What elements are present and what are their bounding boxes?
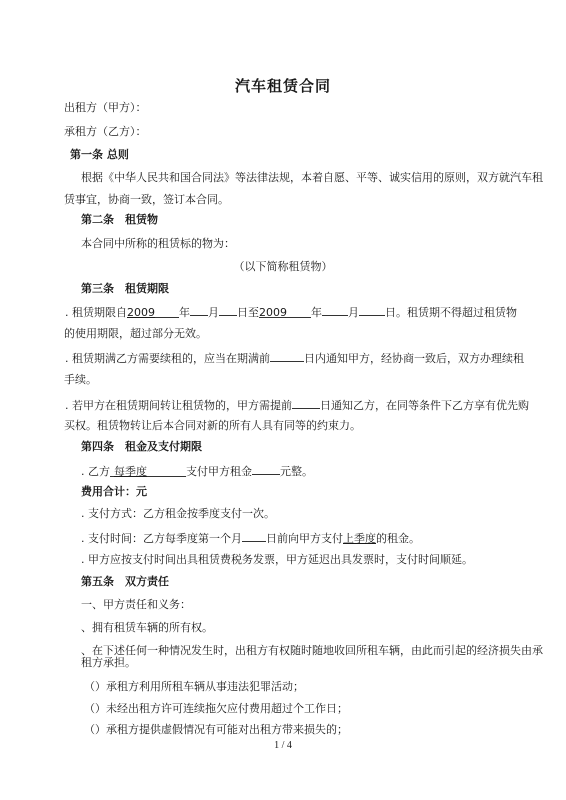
article2-heading: 第二条 租赁物 <box>81 213 158 227</box>
article2-note: （以下简称租赁物） <box>0 260 566 274</box>
article5-item2-line2: 租方承担。 <box>81 656 136 670</box>
item-text: . 租赁期满乙方需要续租的，应当在期满前 <box>65 352 270 365</box>
start-year-field[interactable]: 2009 <box>127 306 179 318</box>
start-day-field[interactable] <box>219 304 237 316</box>
lessee-label: 承租方（乙方）： <box>64 125 147 139</box>
item-text: 日。 <box>385 306 407 319</box>
item-text: 日内通知甲方，经协商一致后，双方办理续租 <box>304 352 524 365</box>
item-text: 年 <box>179 306 190 319</box>
item-text: 元整。 <box>280 465 313 478</box>
item-text: 日前向甲方支付 <box>266 532 343 545</box>
end-month-field[interactable] <box>322 304 348 316</box>
underlined-term: 上季度 <box>343 532 376 545</box>
article5-case: （）承租方提供虚假情况有可能对出租方带来损失的； <box>84 723 348 737</box>
item-text: 日通知乙方，在同等条件下乙方享有优先购 <box>320 399 529 412</box>
rent-amount-field[interactable] <box>252 463 280 475</box>
start-month-field[interactable] <box>190 304 208 316</box>
payment-day-field[interactable] <box>242 530 266 542</box>
article3-item1: . 租赁期限自2009年月日至2009年月日。租赁期不得超过租赁物 <box>65 304 517 320</box>
item-text: . 支付时间：乙方每季度第一个月 <box>81 532 242 545</box>
renewal-days-field[interactable] <box>270 350 304 362</box>
item-text: 月 <box>208 306 219 319</box>
item-text: 月 <box>348 306 359 319</box>
lessor-label: 出租方（甲方）： <box>64 101 147 115</box>
article5-case: （）未经出租方许可连续拖欠应付费用超过个工作日； <box>84 702 348 716</box>
article4-heading: 第四条 租金及支付期限 <box>81 440 202 454</box>
end-day-field[interactable] <box>359 304 385 316</box>
article5-sub1: 一、甲方责任和义务： <box>81 598 191 612</box>
transfer-notice-days-field[interactable] <box>292 397 320 409</box>
item-text: 年 <box>311 306 322 319</box>
article3-item1-line2: 的使用期限，超过部分无效。 <box>64 327 207 341</box>
payment-period-field[interactable]: 每季度 <box>110 465 186 477</box>
article1-paragraph-line2: 赁事宜，协商一致，签订本合同。 <box>64 193 229 207</box>
article3-item3-line2: 买权。租赁物转让后本合同对新的所有人具有同等的约束力。 <box>64 419 361 433</box>
article1-paragraph-line1: 根据《中华人民共和国合同法》等法律法规，本着自愿、平等、诚实信用的原则，双方就汽… <box>81 171 543 185</box>
article1-heading: 第一条 总则 <box>70 148 129 162</box>
article3-item2-line2: 手续。 <box>64 373 97 387</box>
item-text: . 租赁期限自 <box>65 306 127 319</box>
article5-case: （）承租方利用所租车辆从事违法犯罪活动； <box>84 680 304 694</box>
document-title: 汽车租赁合同 <box>0 75 566 96</box>
item-text: . 若甲方在租赁期间转让租赁物的，甲方需提前 <box>65 399 292 412</box>
article4-total: 费用合计：元 <box>81 485 147 499</box>
article4-item1: . 乙方每季度支付甲方租金元整。 <box>81 463 313 479</box>
end-year-field[interactable]: 2009 <box>259 306 311 318</box>
article2-paragraph: 本合同中所称的租赁标的物为： <box>81 237 235 251</box>
item-text: 的租金。 <box>376 532 420 545</box>
article4-item4: . 甲方应按支付时间出具租赁费税务发票，甲方延迟出具发票时，支付时间顺延。 <box>81 553 473 567</box>
article3-item2: . 租赁期满乙方需要续租的，应当在期满前日内通知甲方，经协商一致后，双方办理续租 <box>65 350 524 366</box>
item-text: 支付甲方租金 <box>186 465 252 478</box>
page-number: 1 / 4 <box>0 740 566 751</box>
article3-item3: . 若甲方在租赁期间转让租赁物的，甲方需提前日通知乙方，在同等条件下乙方享有优先… <box>65 397 529 413</box>
article4-item2: . 支付方式：乙方租金按季度支付一次。 <box>81 507 275 521</box>
item-text: 租赁期不得超过租赁物 <box>407 306 517 319</box>
item-text: 日至 <box>237 306 259 319</box>
article3-heading: 第三条 租赁期限 <box>81 282 169 296</box>
article4-item3: . 支付时间：乙方每季度第一个月日前向甲方支付上季度的租金。 <box>81 530 420 546</box>
article5-item1: 、拥有租赁车辆的所有权。 <box>81 621 213 635</box>
article5-item2-line1: 、在下述任何一种情况发生时，出租方有权随时随地收回所租车辆，由此而引起的经济损失… <box>81 644 543 658</box>
item-text: . 乙方 <box>81 465 110 478</box>
article5-heading: 第五条 双方责任 <box>81 575 169 589</box>
